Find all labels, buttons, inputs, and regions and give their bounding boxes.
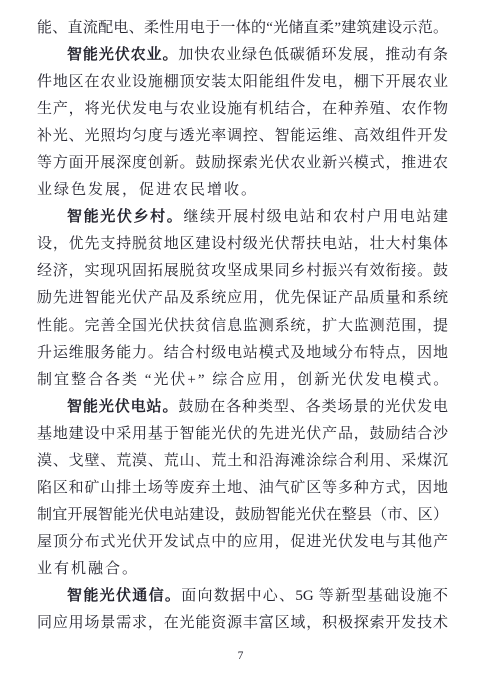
text-line: 业有机融合。: [37, 556, 448, 583]
page-number: 7: [0, 650, 481, 662]
text-line: 漠、戈壁、荒漠、荒山、荒土和沿海滩涂综合利用、采煤沉: [37, 448, 448, 475]
paragraph-heading: 智能光伏电站。: [67, 399, 178, 415]
text-line: 智能光伏农业。加快农业绿色低碳循环发展，推动有条: [37, 42, 448, 69]
document-page: 能、直流配电、柔性用电于一体的“光储直柔”建筑建设示范。智能光伏农业。加快农业绿…: [0, 0, 481, 685]
text-line: 补光、光照均匀度与透光率调控、智能运维、高效组件开发: [37, 123, 448, 150]
paragraph-heading: 智能光伏农业。: [67, 47, 178, 63]
text-line: 制宜开展智能光伏电站建设，鼓励智能光伏在整县（市、区）: [37, 502, 448, 529]
text-line: 设，优先支持脱贫地区建设村级光伏帮扶电站，壮大村集体: [37, 231, 448, 258]
text-line: 智能光伏电站。鼓励在各种类型、各类场景的光伏发电: [37, 394, 448, 421]
text-line: 经济，实现巩固拓展脱贫攻坚成果同乡村振兴有效衔接。鼓: [37, 258, 448, 285]
text-line: 陷区和矿山排土场等废弃土地、油气矿区等多种方式，因地: [37, 475, 448, 502]
text-line: 基地建设中采用基于智能光伏的先进光伏产品，鼓励结合沙: [37, 421, 448, 448]
text-line: 性能。完善全国光伏扶贫信息监测系统，扩大监测范围，提: [37, 313, 448, 340]
text-line: 升运维服务能力。结合村级电站模式及地域分布特点，因地: [37, 340, 448, 367]
text-line: 业绿色发展，促进农民增收。: [37, 177, 448, 204]
text-line: 等方面开展深度创新。鼓励探索光伏农业新兴模式，推进农: [37, 150, 448, 177]
text-line: 同应用场景需求，在光能资源丰富区域，积极探索开发技术: [37, 610, 448, 637]
paragraph-heading: 智能光伏通信。: [67, 588, 181, 604]
text-line: 智能光伏通信。面向数据中心、5G 等新型基础设施不: [37, 583, 448, 610]
text-line: 能、直流配电、柔性用电于一体的“光储直柔”建筑建设示范。: [37, 15, 448, 42]
document-text: 能、直流配电、柔性用电于一体的“光储直柔”建筑建设示范。智能光伏农业。加快农业绿…: [37, 15, 448, 637]
text-line: 励先进智能光伏产品及系统应用，优先保证产品质量和系统: [37, 285, 448, 312]
text-line: 屋顶分布式光伏开发试点中的应用，促进光伏发电与其他产: [37, 529, 448, 556]
paragraph-heading: 智能光伏乡村。: [67, 209, 183, 225]
text-line: 制宜整合各类 “光伏+” 综合应用，创新光伏发电模式。: [37, 367, 448, 394]
text-line: 智能光伏乡村。继续开展村级电站和农村户用电站建: [37, 204, 448, 231]
text-line: 生产，将光伏发电与农业设施有机结合，在种养殖、农作物: [37, 96, 448, 123]
text-line: 件地区在农业设施棚顶安装太阳能组件发电，棚下开展农业: [37, 69, 448, 96]
